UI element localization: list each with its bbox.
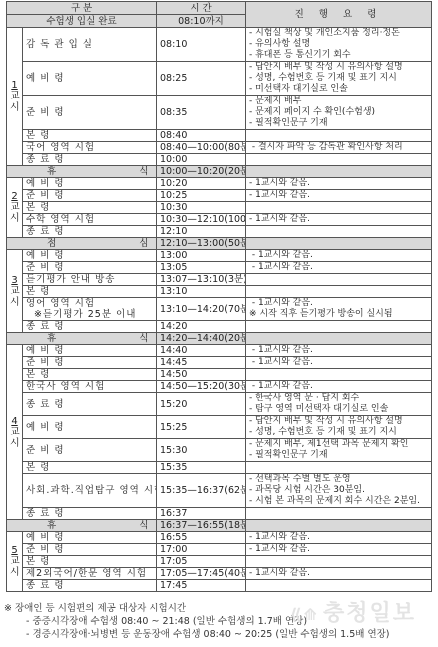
step-time: 08:10 (157, 28, 246, 62)
step-time: 15:30 (157, 439, 246, 462)
schedule-row: 영어 영역 시험 ※듣기평가 25분 이내13:10—14:20(70분) - … (7, 298, 432, 321)
break-notes (246, 333, 432, 345)
step-label-text: 종 료 령 (26, 154, 153, 165)
schedule-row: 본 령14:50 (7, 369, 432, 381)
schedule-row: 종 료 령14:20 (7, 321, 432, 333)
step-label-text: 영어 영역 시험 (26, 298, 153, 309)
schedule-row: 수학 영역 시험10:30—12:10(100분)- 1교시와 같음. (7, 214, 432, 226)
step-time: 13:00 (157, 250, 246, 262)
step-label-text: 한국사 영역 시험 (26, 381, 153, 392)
step-notes (246, 226, 432, 238)
step-label-text: 본 령 (26, 462, 153, 473)
step-label-text: 예 비 령 (26, 532, 153, 543)
period-suffix-char: 시 (10, 297, 19, 308)
note-line: - 1교시와 같음. (249, 357, 428, 368)
step-label: 본 령 (23, 462, 157, 474)
break-notes (246, 520, 432, 532)
note-line: - 1교시와 같음. (249, 345, 428, 356)
step-label-text: 본 령 (26, 286, 153, 297)
step-label-text: 국어 영역 시험 (26, 142, 153, 153)
note-line: - 탐구 영역 미선택자 대기실로 인솔 (249, 404, 428, 415)
step-notes: - 1교시와 같음. (246, 262, 432, 274)
note-line: - 답안지 배부 및 작성 시 유의사항 설명 (249, 62, 428, 73)
schedule-row: 3교시예 비 령13:00 - 1교시와 같음. (7, 250, 432, 262)
schedule-row: 1교시감 독 관 입 실08:10- 시험실 책상 및 개인소지품 정리·정돈-… (7, 28, 432, 62)
step-notes (246, 202, 432, 214)
break-time: 10:00—10:20(20분) (157, 166, 246, 178)
header-category: 구 분 (7, 2, 157, 15)
step-label-text: 준 비 령 (26, 107, 153, 118)
step-time: 08:35 (157, 96, 246, 130)
note-line: - 1교시와 같음. (249, 190, 428, 201)
schedule-row: 예 비 령08:25- 답안지 배부 및 작성 시 유의사항 설명- 성명, 수… (7, 62, 432, 96)
step-label: 본 령 (23, 130, 157, 142)
period-suffix: 교시 (10, 556, 19, 578)
period-suffix-char: 시 (10, 567, 19, 578)
schedule-row: 본 령13:10 (7, 286, 432, 298)
step-time: 13:10 (157, 286, 246, 298)
footnote-item: - 경증시각장애·뇌병변 등 운동장애 수험생 08:40 ~ 20:25 (일… (4, 628, 390, 641)
step-notes: - 1교시와 같음. (246, 381, 432, 393)
step-notes (246, 154, 432, 166)
step-label: 종 료 령 (23, 508, 157, 520)
step-notes: - 시험실 책상 및 개인소지품 정리·정돈- 유의사항 설명- 휴대폰 등 통… (246, 28, 432, 62)
step-label-text: 준 비 령 (26, 262, 153, 273)
period-cell: 3교시 (7, 250, 23, 333)
period-suffix: 교시 (10, 91, 19, 113)
period-number: 2 (10, 191, 19, 202)
schedule-row: 2교시예 비 령10:20- 1교시와 같음. (7, 178, 432, 190)
note-line: - 1교시와 같음. (249, 250, 428, 261)
step-label: 준 비 령 (23, 544, 157, 556)
break-row: 점 심12:10—13:00(50분) (7, 238, 432, 250)
step-label-text: 예 비 령 (26, 73, 153, 84)
step-label: 감 독 관 입 실 (23, 28, 157, 62)
step-label: 종 료 령 (23, 393, 157, 416)
note-line: - 1교시와 같음. (249, 178, 428, 189)
step-time: 16:37 (157, 508, 246, 520)
period-suffix-char: 시 (10, 438, 19, 449)
step-time: 15:25 (157, 416, 246, 439)
step-notes: - 문제지 배부, 제1선택 과목 문제지 확인- 필적확인문구 기재 (246, 439, 432, 462)
step-label: 본 령 (23, 369, 157, 381)
period-suffix-char: 시 (10, 102, 19, 113)
step-label-text: 종 료 령 (26, 226, 153, 237)
step-notes: - 결시자 파악 등 감독관 확인사항 처리 (246, 142, 432, 154)
step-label-text: 제2외국어/한문 영역 시험 (26, 568, 153, 579)
schedule-row: 종 료 령16:37 (7, 508, 432, 520)
period-number: 4 (10, 416, 19, 427)
period-suffix-char: 교 (10, 427, 19, 438)
step-notes: - 1교시와 같음. (246, 250, 432, 262)
note-line: - 성명, 수험번호 등 기재 및 표기 지시 (249, 73, 428, 84)
step-label-text: 준 비 령 (26, 190, 153, 201)
period-cell: 2교시 (7, 178, 23, 238)
step-notes: - 1교시와 같음. (246, 214, 432, 226)
note-line: - 1교시와 같음. (249, 298, 428, 309)
newspaper-logo-icon: ⟪⟰ (290, 605, 319, 624)
step-label: 예 비 령 (23, 532, 157, 544)
note-line: - 휴대폰 등 통신기기 회수 (249, 50, 428, 61)
period-cell: 5교시 (7, 532, 23, 592)
schedule-row: 준 비 령17:00- 1교시와 같음. (7, 544, 432, 556)
watermark: ⟪⟰충청일보 (290, 596, 416, 627)
note-line: - 시험 본 과목의 문제지 회수 시간은 2분임. (249, 496, 428, 507)
step-notes (246, 556, 432, 568)
break-row: 휴 식14:20—14:40(20분) (7, 333, 432, 345)
break-time: 14:20—14:40(20분) (157, 333, 246, 345)
note-line: ※ 시작 직후 듣기평가 방송이 실시됨 (249, 309, 428, 320)
step-time: 08:40—10:00(80분) (157, 142, 246, 154)
period-suffix-char: 교 (10, 202, 19, 213)
step-label: 준 비 령 (23, 190, 157, 202)
step-time: 14:40 (157, 345, 246, 357)
step-label-text: 예 비 령 (26, 345, 153, 356)
step-label: 종 료 령 (23, 226, 157, 238)
schedule-row: 한국사 영역 시험14:50—15:20(30분) - 1교시와 같음. (7, 381, 432, 393)
note-line: - 1교시와 같음. (249, 262, 428, 273)
entry-label: 수험생 입실 완료 (7, 15, 157, 28)
period-number: 5 (10, 545, 19, 556)
schedule-row: 본 령10:30 (7, 202, 432, 214)
step-label-text: 준 비 령 (26, 357, 153, 368)
step-label: 한국사 영역 시험 (23, 381, 157, 393)
step-time: 15:20 (157, 393, 246, 416)
step-label: 준 비 령 (23, 262, 157, 274)
step-label-text: 본 령 (26, 369, 153, 380)
schedule-row: 준 비 령10:25- 1교시와 같음. (7, 190, 432, 202)
step-label: 준 비 령 (23, 357, 157, 369)
header-row: 구 분 시 간 진 행 요 령 (7, 2, 432, 15)
schedule-row: 본 령15:35 (7, 462, 432, 474)
schedule-row: 종 료 령12:10 (7, 226, 432, 238)
step-label: 영어 영역 시험 ※듣기평가 25분 이내 (23, 298, 157, 321)
step-label: 본 령 (23, 202, 157, 214)
schedule-row: 제2외국어/한문 영역 시험17:05—17:45(40분)- 1교시와 같음. (7, 568, 432, 580)
break-notes (246, 238, 432, 250)
note-line: - 결시자 파악 등 감독관 확인사항 처리 (249, 142, 428, 153)
break-label: 휴 식 (7, 520, 157, 532)
step-time: 14:50—15:20(30분) (157, 381, 246, 393)
exam-schedule-table: 구 분 시 간 진 행 요 령 수험생 입실 완료 08:10까지 1교시감 독… (6, 1, 432, 592)
break-row: 휴 식10:00—10:20(20분) (7, 166, 432, 178)
schedule-row: 준 비 령15:30- 문제지 배부, 제1선택 과목 문제지 확인- 필적확인… (7, 439, 432, 462)
step-time: 12:10 (157, 226, 246, 238)
step-notes (246, 369, 432, 381)
step-label-text: 수학 영역 시험 (26, 214, 153, 225)
step-time: 14:50 (157, 369, 246, 381)
note-line: - 1교시와 같음. (249, 568, 428, 579)
break-label: 휴 식 (7, 166, 157, 178)
step-notes: - 답안지 배부 및 작성 시 유의사항 설명- 성명, 수험번호 등 기재 및… (246, 416, 432, 439)
step-label: 예 비 령 (23, 250, 157, 262)
note-line: - 1교시와 같음. (249, 214, 428, 225)
period-cell: 4교시 (7, 345, 23, 520)
step-notes: - 1교시와 같음. (246, 178, 432, 190)
step-notes: - 1교시와 같음.※ 시작 직후 듣기평가 방송이 실시됨 (246, 298, 432, 321)
step-label-text: 본 령 (26, 130, 153, 141)
step-label-text: 종 료 령 (26, 580, 153, 591)
note-line: - 문제지 배부, 제1선택 과목 문제지 확인 (249, 439, 428, 450)
step-label: 수학 영역 시험 (23, 214, 157, 226)
schedule-row: 종 료 령10:00 (7, 154, 432, 166)
step-notes: - 한국사 영역 문 · 답지 회수- 탐구 영역 미선택자 대기실로 인솔 (246, 393, 432, 416)
step-notes: - 선택과목 수별 별도 운영- 과목당 시험 시간은 30분임.- 시험 본 … (246, 474, 432, 508)
step-time: 17:05—17:45(40분) (157, 568, 246, 580)
step-time: 08:25 (157, 62, 246, 96)
schedule-row: 본 령08:40 (7, 130, 432, 142)
step-label: 준 비 령 (23, 96, 157, 130)
step-notes (246, 130, 432, 142)
schedule-row: 종 료 령17:45 (7, 580, 432, 592)
step-notes: - 1교시와 같음. (246, 532, 432, 544)
step-label-text: 종 료 령 (26, 399, 153, 410)
schedule-row: 듣기평가 안내 방송13:07—13:10(3분) (7, 274, 432, 286)
step-label: 제2외국어/한문 영역 시험 (23, 568, 157, 580)
step-label: 준 비 령 (23, 439, 157, 462)
step-notes: - 1교시와 같음. (246, 544, 432, 556)
note-line: - 시험실 책상 및 개인소지품 정리·정돈 (249, 28, 428, 39)
header-notes: 진 행 요 령 (246, 2, 432, 28)
entry-time: 08:10까지 (157, 15, 246, 28)
step-label: 사회.과학.직업탐구 영역 시험 (23, 474, 157, 508)
note-line: - 성명, 수험번호 등 기재 및 표기 지시 (249, 427, 428, 438)
step-time: 13:07—13:10(3분) (157, 274, 246, 286)
note-line: - 답안지 배부 및 작성 시 유의사항 설명 (249, 416, 428, 427)
step-time: 10:00 (157, 154, 246, 166)
step-label: 예 비 령 (23, 62, 157, 96)
schedule-row: 본 령17:05 (7, 556, 432, 568)
step-label: 국어 영역 시험 (23, 142, 157, 154)
break-label: 휴 식 (7, 333, 157, 345)
note-line: - 미선택자 대기실로 인솔 (249, 84, 428, 95)
schedule-row: 국어 영역 시험08:40—10:00(80분) - 결시자 파악 등 감독관 … (7, 142, 432, 154)
note-line: - 문제지 배부 (249, 96, 428, 107)
step-notes: - 1교시와 같음. (246, 190, 432, 202)
step-time: 14:20 (157, 321, 246, 333)
step-time: 15:35 (157, 462, 246, 474)
step-notes (246, 462, 432, 474)
note-line: - 문제지 페이지 수 확인(수험생) (249, 107, 428, 118)
note-line: - 1교시와 같음. (249, 544, 428, 555)
period-number: 3 (10, 275, 19, 286)
step-label-text: 듣기평가 안내 방송 (26, 274, 153, 285)
step-label-text: 본 령 (26, 556, 153, 567)
schedule-row: 예 비 령15:25- 답안지 배부 및 작성 시 유의사항 설명- 성명, 수… (7, 416, 432, 439)
schedule-row: 준 비 령08:35- 문제지 배부- 문제지 페이지 수 확인(수험생)- 필… (7, 96, 432, 130)
step-label-text: 예 비 령 (26, 178, 153, 189)
note-line: - 유의사항 설명 (249, 39, 428, 50)
period-suffix-char: 교 (10, 286, 19, 297)
schedule-row: 5교시예 비 령16:55- 1교시와 같음. (7, 532, 432, 544)
watermark-text: 충청일보 (323, 601, 416, 626)
step-notes: - 문제지 배부- 문제지 페이지 수 확인(수험생)- 필적확인문구 기재 (246, 96, 432, 130)
step-time: 10:30—12:10(100분) (157, 214, 246, 226)
step-label-text: 준 비 령 (26, 445, 153, 456)
schedule-row: 준 비 령13:05 - 1교시와 같음. (7, 262, 432, 274)
step-notes: - 1교시와 같음. (246, 357, 432, 369)
note-line: - 필적확인문구 기재 (249, 118, 428, 129)
step-label-text: 사회.과학.직업탐구 영역 시험 (26, 485, 153, 496)
step-label-text: 본 령 (26, 202, 153, 213)
step-time: 13:05 (157, 262, 246, 274)
step-time: 08:40 (157, 130, 246, 142)
step-time: 10:30 (157, 202, 246, 214)
step-time: 15:35—16:37(62분) (157, 474, 246, 508)
note-line: - 1교시와 같음. (249, 381, 428, 392)
step-time: 16:55 (157, 532, 246, 544)
step-label: 종 료 령 (23, 154, 157, 166)
step-notes (246, 286, 432, 298)
period-suffix: 교시 (10, 202, 19, 224)
step-notes (246, 580, 432, 592)
step-label: 예 비 령 (23, 416, 157, 439)
break-time: 16:37—16:55(18분) (157, 520, 246, 532)
period-suffix-char: 시 (10, 213, 19, 224)
step-label-text: 준 비 령 (26, 544, 153, 555)
step-label-text: 예 비 령 (26, 250, 153, 261)
step-label: 예 비 령 (23, 345, 157, 357)
step-time: 14:45 (157, 357, 246, 369)
step-time: 10:20 (157, 178, 246, 190)
step-notes (246, 321, 432, 333)
break-time: 12:10—13:00(50분) (157, 238, 246, 250)
schedule-row: 사회.과학.직업탐구 영역 시험15:35—16:37(62분)- 선택과목 수… (7, 474, 432, 508)
step-time: 17:05 (157, 556, 246, 568)
period-suffix: 교시 (10, 286, 19, 308)
step-label: 본 령 (23, 556, 157, 568)
step-label-text: 종 료 령 (26, 321, 153, 332)
period-suffix-char: 교 (10, 91, 19, 102)
note-line: - 선택과목 수별 별도 운영 (249, 474, 428, 485)
break-row: 휴 식16:37—16:55(18분) (7, 520, 432, 532)
step-time: 10:25 (157, 190, 246, 202)
step-notes: - 1교시와 같음. (246, 345, 432, 357)
step-time: 17:45 (157, 580, 246, 592)
break-notes (246, 166, 432, 178)
period-suffix-char: 교 (10, 556, 19, 567)
note-line: - 1교시와 같음. (249, 532, 428, 543)
schedule-row: 종 료 령15:20- 한국사 영역 문 · 답지 회수- 탐구 영역 미선택자… (7, 393, 432, 416)
period-number: 1 (10, 80, 19, 91)
break-label: 점 심 (7, 238, 157, 250)
schedule-row: 준 비 령14:45 - 1교시와 같음. (7, 357, 432, 369)
period-cell: 1교시 (7, 28, 23, 166)
step-label: 예 비 령 (23, 178, 157, 190)
step-label: 듣기평가 안내 방송 (23, 274, 157, 286)
step-label-text: 감 독 관 입 실 (26, 39, 153, 50)
step-label-text: 종 료 령 (26, 508, 153, 519)
note-line: - 필적확인문구 기재 (249, 450, 428, 461)
step-time: 13:10—14:20(70분) (157, 298, 246, 321)
step-time: 17:00 (157, 544, 246, 556)
step-label-sub: ※듣기평가 25분 이내 (26, 309, 153, 320)
note-line: - 한국사 영역 문 · 답지 회수 (249, 393, 428, 404)
step-label: 종 료 령 (23, 321, 157, 333)
step-label-text: 예 비 령 (26, 422, 153, 433)
step-label: 종 료 령 (23, 580, 157, 592)
header-time: 시 간 (157, 2, 246, 15)
step-notes: - 답안지 배부 및 작성 시 유의사항 설명- 성명, 수험번호 등 기재 및… (246, 62, 432, 96)
note-line: - 과목당 시험 시간은 30분임. (249, 485, 428, 496)
step-label: 본 령 (23, 286, 157, 298)
step-notes (246, 508, 432, 520)
schedule-row: 4교시예 비 령14:40 - 1교시와 같음. (7, 345, 432, 357)
period-suffix: 교시 (10, 427, 19, 449)
step-notes: - 1교시와 같음. (246, 568, 432, 580)
step-notes (246, 274, 432, 286)
